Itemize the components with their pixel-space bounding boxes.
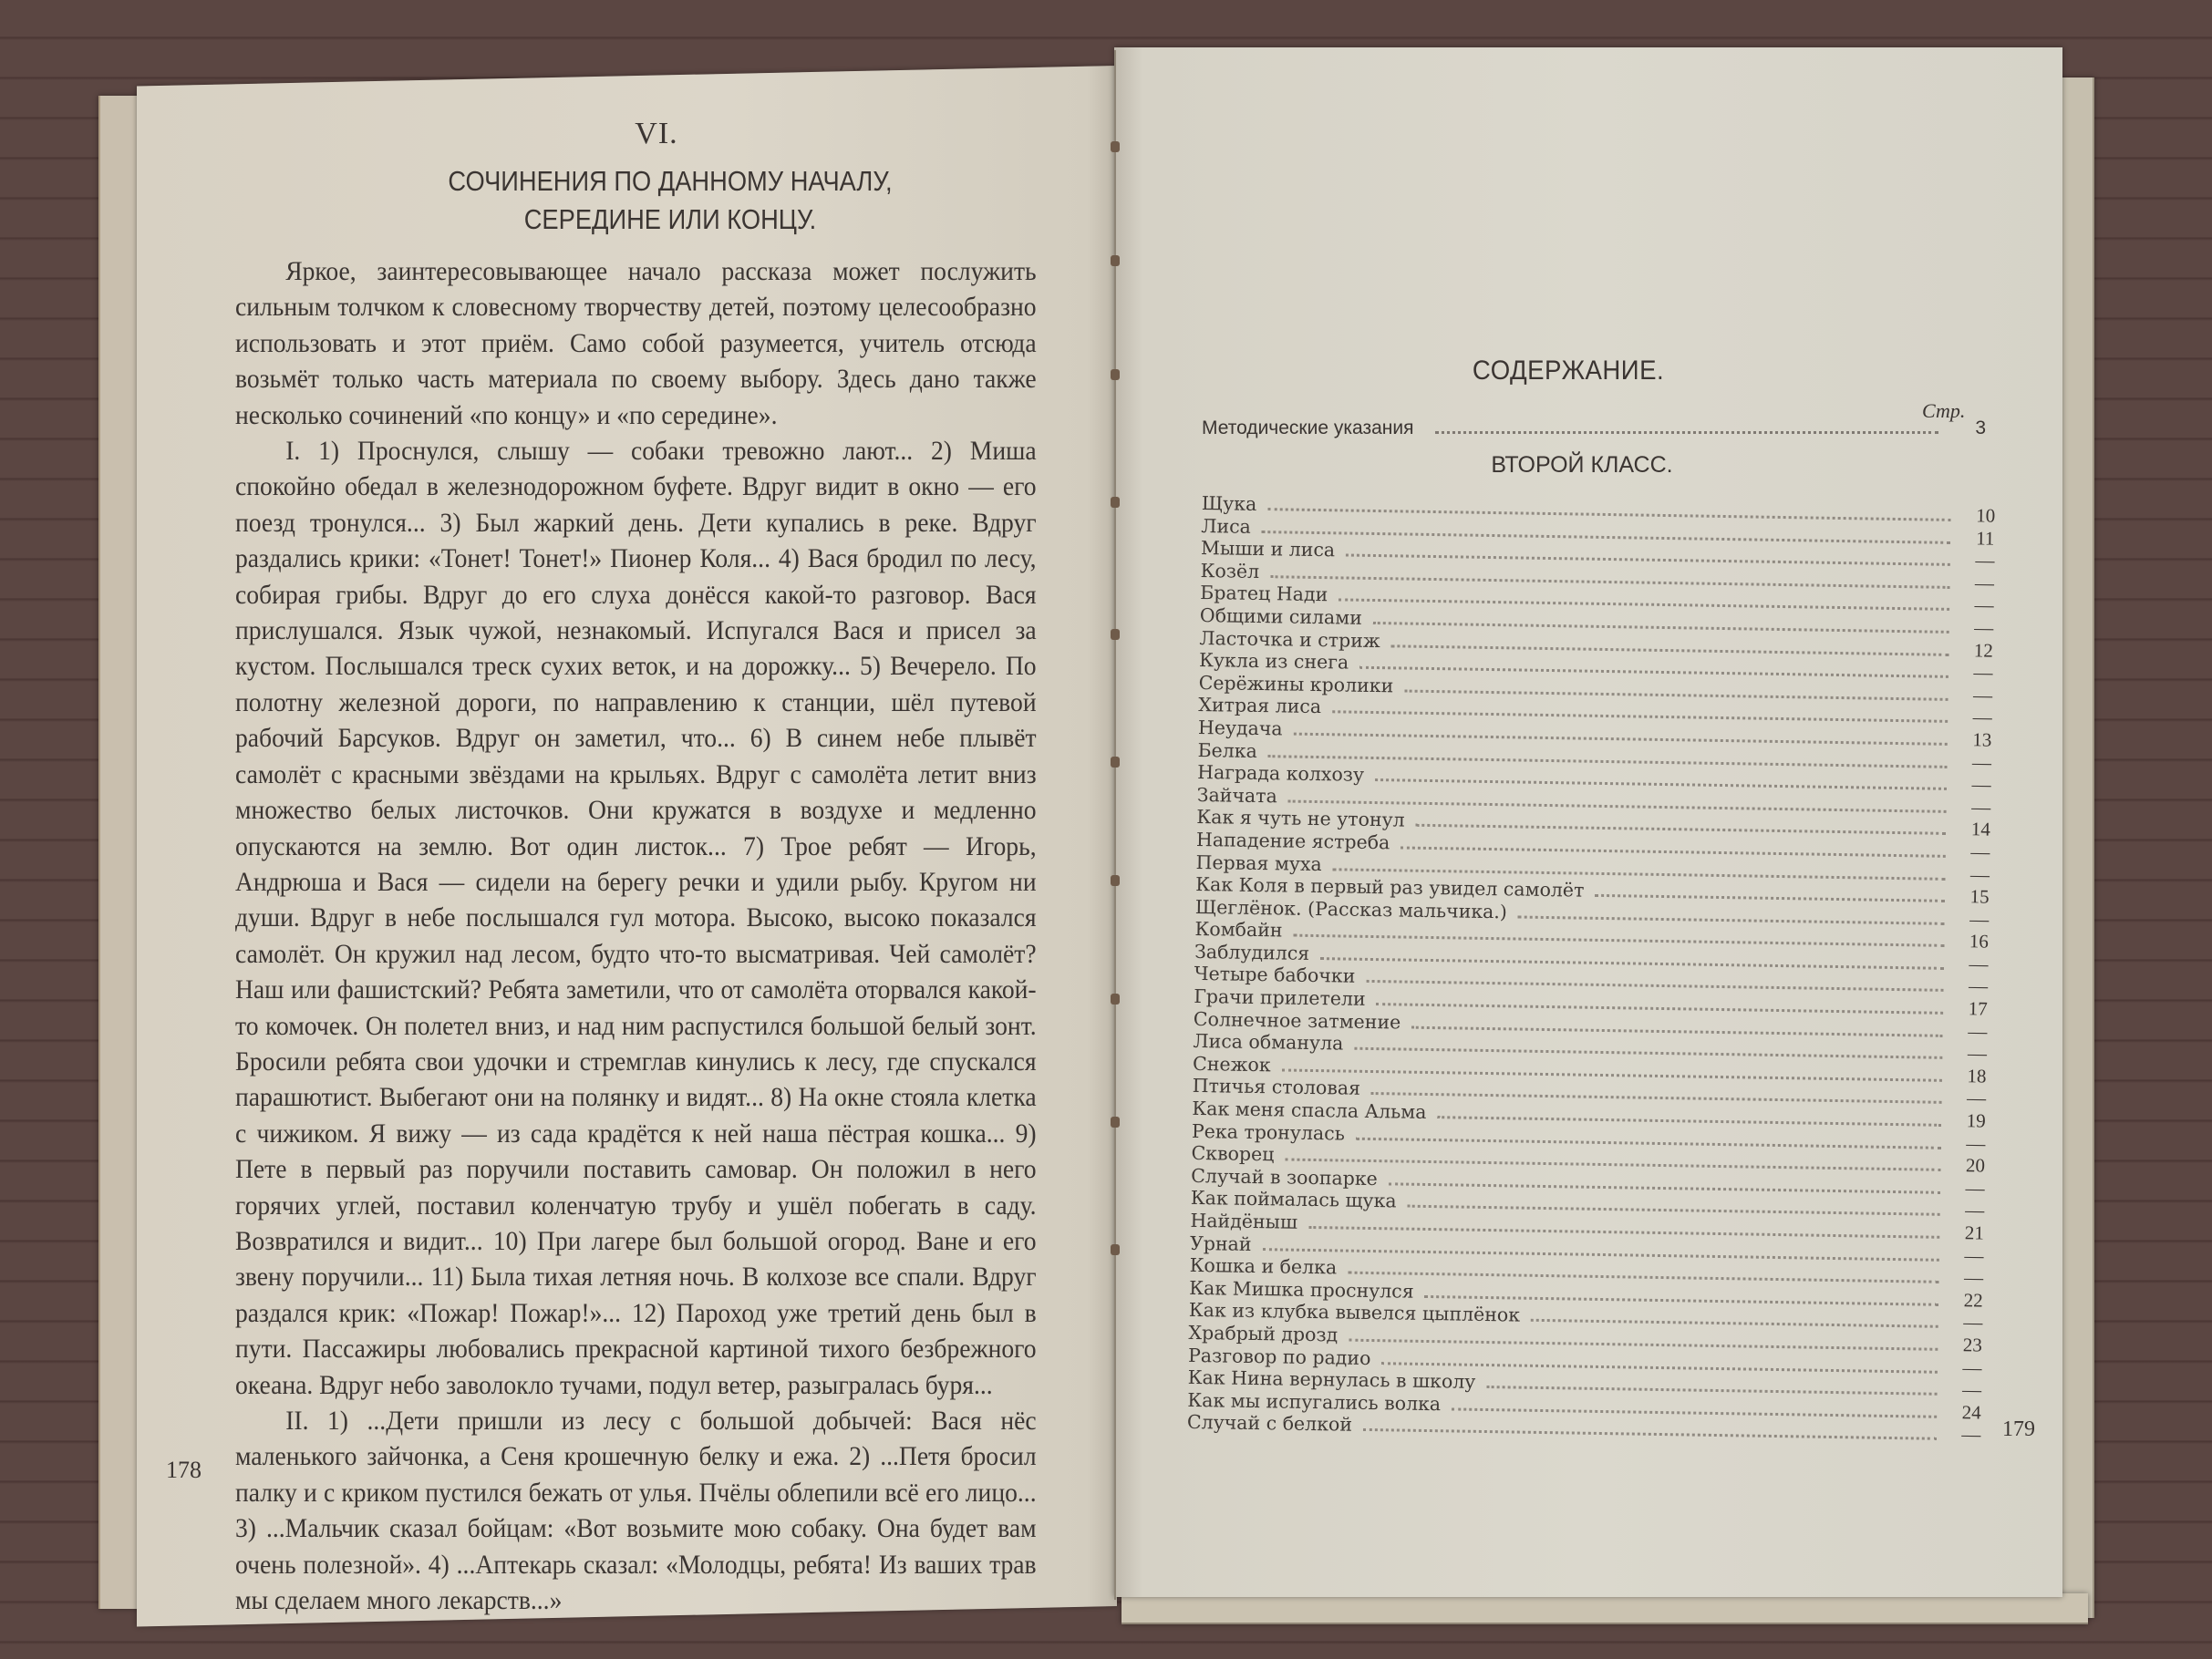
- toc-entry-label: Случай с белкой: [1187, 1411, 1352, 1436]
- toc-entry-page: —: [1957, 1177, 1993, 1200]
- toc-entry-label: Нападение ястреба: [1196, 829, 1390, 854]
- toc-entry-label: Солнечное затмение: [1194, 1008, 1401, 1034]
- toc-entry-label: Птичья столовая: [1193, 1075, 1361, 1099]
- toc-entry-label: Мыши и лиса: [1201, 537, 1335, 562]
- toc-entry-page: —: [1957, 1200, 1993, 1222]
- toc-entry-label: Как поймалась щука: [1191, 1187, 1397, 1212]
- toc-entry-page: —: [1955, 1266, 1991, 1289]
- toc-entry-page: —: [1959, 1020, 1996, 1043]
- dot-leader: [1531, 1319, 1938, 1328]
- binding-stitch: [1111, 1117, 1120, 1128]
- section-heading: ВТОРОЙ КЛАСС.: [1432, 452, 1732, 479]
- chapter-number: VI.: [574, 117, 739, 151]
- binding-stitch: [1111, 141, 1120, 152]
- toc-entry-label: Первая муха: [1195, 850, 1322, 875]
- toc-entry-label: Заблудился: [1194, 941, 1310, 965]
- paragraph-beginnings: I. 1) Проснулся, слышу — собаки тревожно…: [235, 433, 1037, 1403]
- toc-entry-label: Комбайн: [1194, 918, 1282, 942]
- toc-entry-label: Найдёныш: [1190, 1210, 1297, 1233]
- toc-entry-label: Снежок: [1193, 1053, 1271, 1077]
- toc-entry-page: —: [1964, 706, 2000, 729]
- chapter-title-line: СЕРЕДИНЕ ИЛИ КОНЦУ.: [369, 201, 971, 239]
- toc-entry-page: 20: [1957, 1154, 1993, 1177]
- paragraph-intro: Яркое, заинтересовывающее начало рассказ…: [235, 253, 1037, 433]
- toc-entry-page: —: [1961, 908, 1998, 931]
- binding-stitch: [1111, 1244, 1120, 1255]
- dot-leader: [1595, 894, 1945, 902]
- toc-entry-intro: Методические указания 3: [1202, 417, 1986, 439]
- toc-entry-page: —: [1955, 1311, 1991, 1334]
- toc-entry-label: Кошка и белка: [1189, 1254, 1337, 1279]
- toc-entry-page: 17: [1959, 997, 1996, 1020]
- toc-entry-page: 18: [1959, 1065, 1995, 1087]
- toc-entry-label: Ласточка и стриж: [1199, 627, 1380, 653]
- toc-entry-page: —: [1966, 616, 2002, 639]
- toc-entry-page: —: [1963, 751, 2000, 774]
- toc-entry-page: —: [1965, 661, 2001, 684]
- toc-entry-label: Грачи прилетели: [1194, 985, 1366, 1011]
- toc-entry-page: —: [1953, 1423, 1990, 1446]
- page-number-right: 179: [2002, 1417, 2035, 1442]
- bottom-page-edge: [1122, 1593, 2088, 1624]
- toc-entry-page: 12: [1965, 639, 2001, 662]
- toc-entry-page: —: [1962, 796, 1999, 819]
- toc-entry-label: Щука: [1202, 492, 1257, 516]
- toc-entry-label: Лиса обманула: [1193, 1030, 1343, 1055]
- toc-entry-label: Методические указания: [1202, 417, 1413, 439]
- toc-entry-page: 24: [1953, 1401, 1990, 1424]
- toc-entry-page: 14: [1962, 818, 1999, 840]
- toc-entry-page: —: [1954, 1356, 1990, 1379]
- toc-entry-page: 22: [1955, 1289, 1991, 1312]
- toc-entry-page: 16: [1960, 930, 1997, 953]
- binding-stitch: [1111, 994, 1120, 1005]
- toc-entry-page: 23: [1954, 1334, 1990, 1356]
- binding-stitch: [1111, 497, 1120, 508]
- toc-entry-label: Белка: [1197, 738, 1257, 762]
- binding-stitch: [1111, 255, 1120, 266]
- dot-leader: [1435, 430, 1938, 434]
- toc-entry-page: 15: [1961, 885, 1998, 908]
- toc-entry-page: —: [1959, 1042, 1995, 1065]
- toc-entry-label: Зайчата: [1197, 784, 1277, 808]
- toc-entry-label: Как я чуть не утонул: [1196, 806, 1405, 831]
- toc-entry-page: 10: [1968, 504, 2004, 527]
- toc-title: СОДЕРЖАНИЕ.: [1417, 355, 1719, 386]
- toc-entry-page: 13: [1964, 728, 2000, 751]
- toc-entry-page: —: [1958, 1132, 1994, 1155]
- toc-entry-label: Хитрая лиса: [1198, 694, 1321, 718]
- toc-entry-page: —: [1962, 840, 1999, 863]
- toc-entry-label: Четыре бабочки: [1194, 963, 1356, 987]
- binding-stitch: [1111, 369, 1120, 380]
- toc-entry-page: —: [1966, 572, 2002, 594]
- book-spine: [1114, 50, 1116, 1600]
- toc-entry-label: Урнай: [1190, 1231, 1252, 1255]
- toc-entry-page: —: [1959, 975, 1996, 998]
- toc-entry-page: —: [1963, 773, 2000, 796]
- toc-entry-page: —: [1956, 1244, 1992, 1267]
- toc-entry-label: Награда колхозу: [1197, 761, 1364, 786]
- toc-entry-page: —: [1967, 549, 2003, 572]
- toc-entry-label: Случай в зоопарке: [1191, 1165, 1378, 1190]
- toc-entry-page: —: [1966, 594, 2002, 617]
- toc-entry-page: —: [1953, 1378, 1990, 1401]
- toc-entry-label: Неудача: [1198, 716, 1283, 740]
- toc-entry-label: Лиса: [1201, 515, 1251, 538]
- toc-entry-label: Кукла из снега: [1199, 649, 1349, 674]
- toc-entry-page: —: [1960, 953, 1997, 975]
- toc-entry-label: Общими силами: [1200, 604, 1362, 629]
- toc-entry-page: 19: [1958, 1109, 1994, 1132]
- toc-entry-label: Разговор по радио: [1188, 1344, 1371, 1369]
- toc-entry-label: Храбрый дрозд: [1188, 1322, 1338, 1346]
- toc-entry-page: —: [1961, 863, 1998, 886]
- chapter-title-line: СОЧИНЕНИЯ ПО ДАННОМУ НАЧАЛУ,: [369, 162, 971, 201]
- paragraph-endings: II. 1) ...Дети пришли из лесу с большой …: [235, 1403, 1037, 1618]
- binding-stitch: [1111, 629, 1120, 640]
- page-number-left: 178: [166, 1457, 202, 1484]
- toc-list: Щука10Лиса11Мыши и лиса—Козёл—Братец Над…: [1187, 492, 2004, 1447]
- toc-entry-page: —: [1958, 1087, 1994, 1110]
- toc-entry-label: Скворец: [1191, 1142, 1274, 1166]
- toc-entry-page: 3: [1953, 417, 1986, 439]
- toc-entry-label: Козёл: [1200, 560, 1259, 583]
- binding-stitch: [1111, 757, 1120, 768]
- toc-entry-page: 11: [1967, 527, 2003, 550]
- toc-entry-label: Река тронулась: [1192, 1120, 1345, 1145]
- toc-entry-label: Серёжины кролики: [1199, 672, 1394, 697]
- toc-entry-label: Братец Нади: [1200, 582, 1328, 606]
- body-text: Яркое, заинтересовывающее начало рассказ…: [235, 253, 1037, 1618]
- chapter-title: СОЧИНЕНИЯ ПО ДАННОМУ НАЧАЛУ, СЕРЕДИНЕ ИЛ…: [369, 162, 971, 239]
- toc-entry-page: 21: [1956, 1221, 1992, 1244]
- binding-stitch: [1111, 875, 1120, 886]
- toc-entry-page: —: [1964, 684, 2000, 706]
